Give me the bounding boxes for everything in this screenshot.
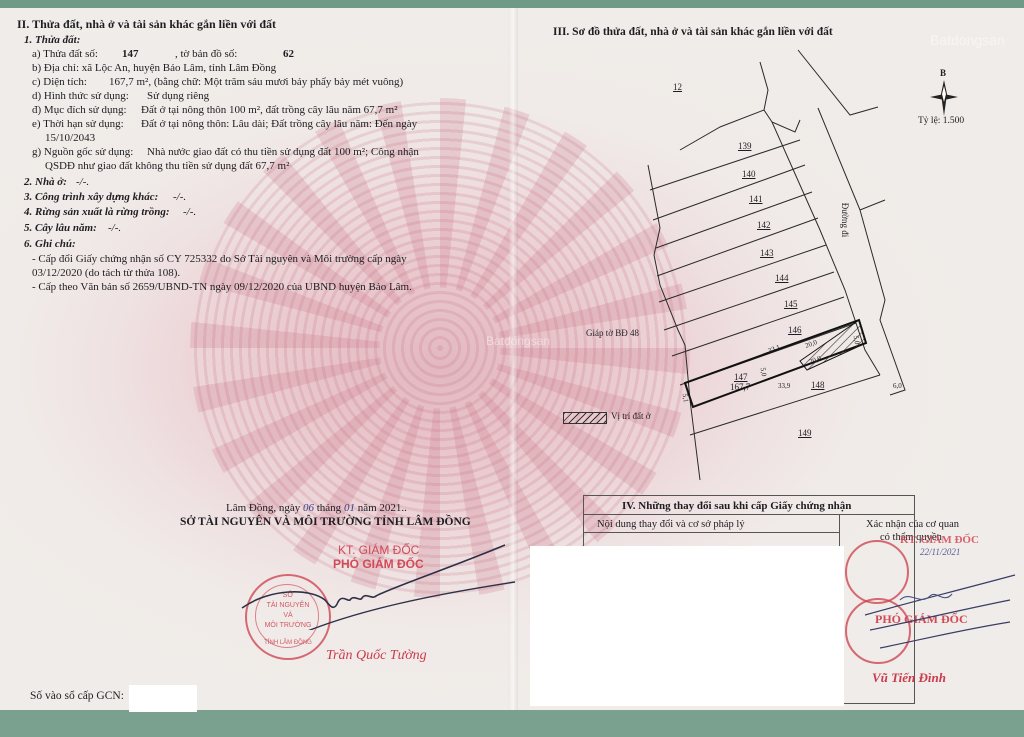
usage-term-value: Đất ở tại nông thôn: Lâu dài; Đất trồng … (141, 118, 417, 130)
redacted-register-number (129, 685, 197, 712)
signature-stroke (230, 540, 520, 630)
note-line: - Cấp đổi Giấy chứng nhận số CY 725332 d… (32, 253, 407, 265)
origin-label: g) Nguồn gốc sử dụng: (32, 146, 133, 158)
changes-title: IV. Những thay đổi sau khi cấp Giấy chứn… (622, 500, 851, 512)
watermark-center: Batdongsan (486, 334, 550, 348)
address-line: b) Địa chỉ: xã Lộc An, huyện Bảo Lâm, tỉ… (32, 62, 276, 74)
note-line: - Cấp theo Văn bản số 2659/UBND-TN ngày … (32, 281, 412, 293)
parcel-label: 146 (788, 325, 802, 335)
dimension-label: 5,0 (852, 335, 861, 345)
subject-parcel-area: 167,7 (730, 382, 750, 392)
usage-term-date: 15/10/2043 (45, 132, 95, 144)
subject-parcel-number: 147 (734, 372, 748, 382)
other-construction-label: 3. Công trình xây dựng khác: (24, 191, 158, 203)
parcel-number-label: a) Thửa đất số: (32, 48, 98, 60)
other-construction-value: -/-. (173, 191, 186, 203)
legend-hatch-swatch (563, 412, 607, 424)
dimension-label: 33,9 (778, 382, 790, 390)
issuing-agency: SỞ TÀI NGUYÊN VÀ MÔI TRƯỜNG TỈNH LÂM ĐỒN… (180, 516, 471, 528)
parcel-label: 142 (757, 220, 771, 230)
perennial-value: -/-. (108, 222, 121, 234)
dimension-label: 6,0 (893, 382, 902, 390)
parcel-label: 144 (775, 273, 789, 283)
origin-value: Nhà nước giao đất có thu tiền sử dụng đấ… (147, 146, 419, 158)
usage-purpose-label: đ) Mục đích sử dụng: (32, 104, 127, 116)
road-label: Đường đi (840, 203, 850, 237)
parcel-label: 143 (760, 248, 774, 258)
map-sheet-label: , tờ bản đồ số: (175, 48, 237, 60)
changes-col-content: Nội dung thay đổi và cơ sở pháp lý (597, 519, 745, 530)
usage-form-label: d) Hình thức sử dụng: (32, 90, 129, 102)
house-value: -/-. (76, 176, 89, 188)
house-label: 2. Nhà ở: (24, 176, 67, 188)
parcel-label: 149 (798, 428, 812, 438)
parcel-label: 148 (811, 380, 825, 390)
legend-label: Vị trí đất ở (611, 411, 651, 421)
dimension-label: 5,1 (681, 393, 690, 403)
section-iii-title: III. Sơ đồ thửa đất, nhà ở và tài sản kh… (553, 26, 833, 38)
signing-place: Lâm Đồng, ngày (226, 502, 300, 514)
dimension-label: 5,0 (759, 367, 768, 377)
changes-stamp-date: 22/11/2021 (920, 547, 960, 557)
forest-value: -/-. (183, 206, 196, 218)
section-ii-title: II. Thửa đất, nhà ở và tài sản khác gắn … (17, 17, 276, 32)
parcel-label: 139 (738, 141, 752, 151)
origin-value-2: QSDĐ như giao đất không thu tiền sử dụng… (45, 160, 289, 172)
notes-heading: 6. Ghi chú: (24, 238, 76, 250)
parcel-number-value: 147 (122, 48, 139, 60)
stamp-ring-text: TỈNH LÂM ĐỒNG (247, 640, 329, 646)
redacted-changes-content (530, 546, 844, 706)
signer-name: Trần Quốc Tường (326, 648, 427, 664)
changes-signer-name: Vũ Tiến Đình (872, 670, 946, 686)
parcel-label: 140 (742, 169, 756, 179)
background-strip (0, 710, 1024, 737)
signing-month-label: tháng (317, 502, 341, 514)
changes-col-confirm-1: Xác nhận của cơ quan (866, 519, 959, 530)
signing-year: năm 2021.. (358, 502, 407, 514)
land-heading: 1. Thửa đất: (24, 34, 80, 46)
forest-label: 4. Rừng sản xuất là rừng trồng: (24, 206, 170, 218)
signing-day: 06 (303, 502, 314, 514)
parcel-label: 145 (784, 299, 798, 309)
adjacent-sheet-label: Giáp tờ BĐ 48 (586, 328, 639, 338)
signing-date: Lâm Đồng, ngày 06 tháng 01 năm 2021.. (226, 502, 407, 514)
area-label: c) Diện tích: (32, 76, 87, 88)
changes-signature (860, 560, 1020, 670)
north-label: B (940, 68, 946, 78)
usage-purpose-value: Đất ở tại nông thôn 100 m², đất trồng câ… (141, 104, 398, 116)
map-sheet-value: 62 (283, 48, 294, 60)
note-line: 03/12/2020 (do tách từ thửa 108). (32, 267, 180, 279)
area-value: 167,7 m², (bằng chữ: Một trăm sáu mươi b… (109, 76, 403, 88)
perennial-label: 5. Cây lâu năm: (24, 222, 97, 234)
signing-month: 01 (344, 502, 355, 514)
parcel-label: 141 (749, 194, 763, 204)
changes-role-top: KT. GIÁM ĐỐC (900, 534, 979, 546)
watermark: Batdongsan (930, 32, 1005, 48)
usage-term-label: e) Thời hạn sử dụng: (32, 118, 124, 130)
usage-form-value: Sử dụng riêng (147, 90, 209, 102)
parcel-label-12: 12 (673, 82, 682, 92)
register-label: Số vào sổ cấp GCN: (30, 690, 124, 702)
